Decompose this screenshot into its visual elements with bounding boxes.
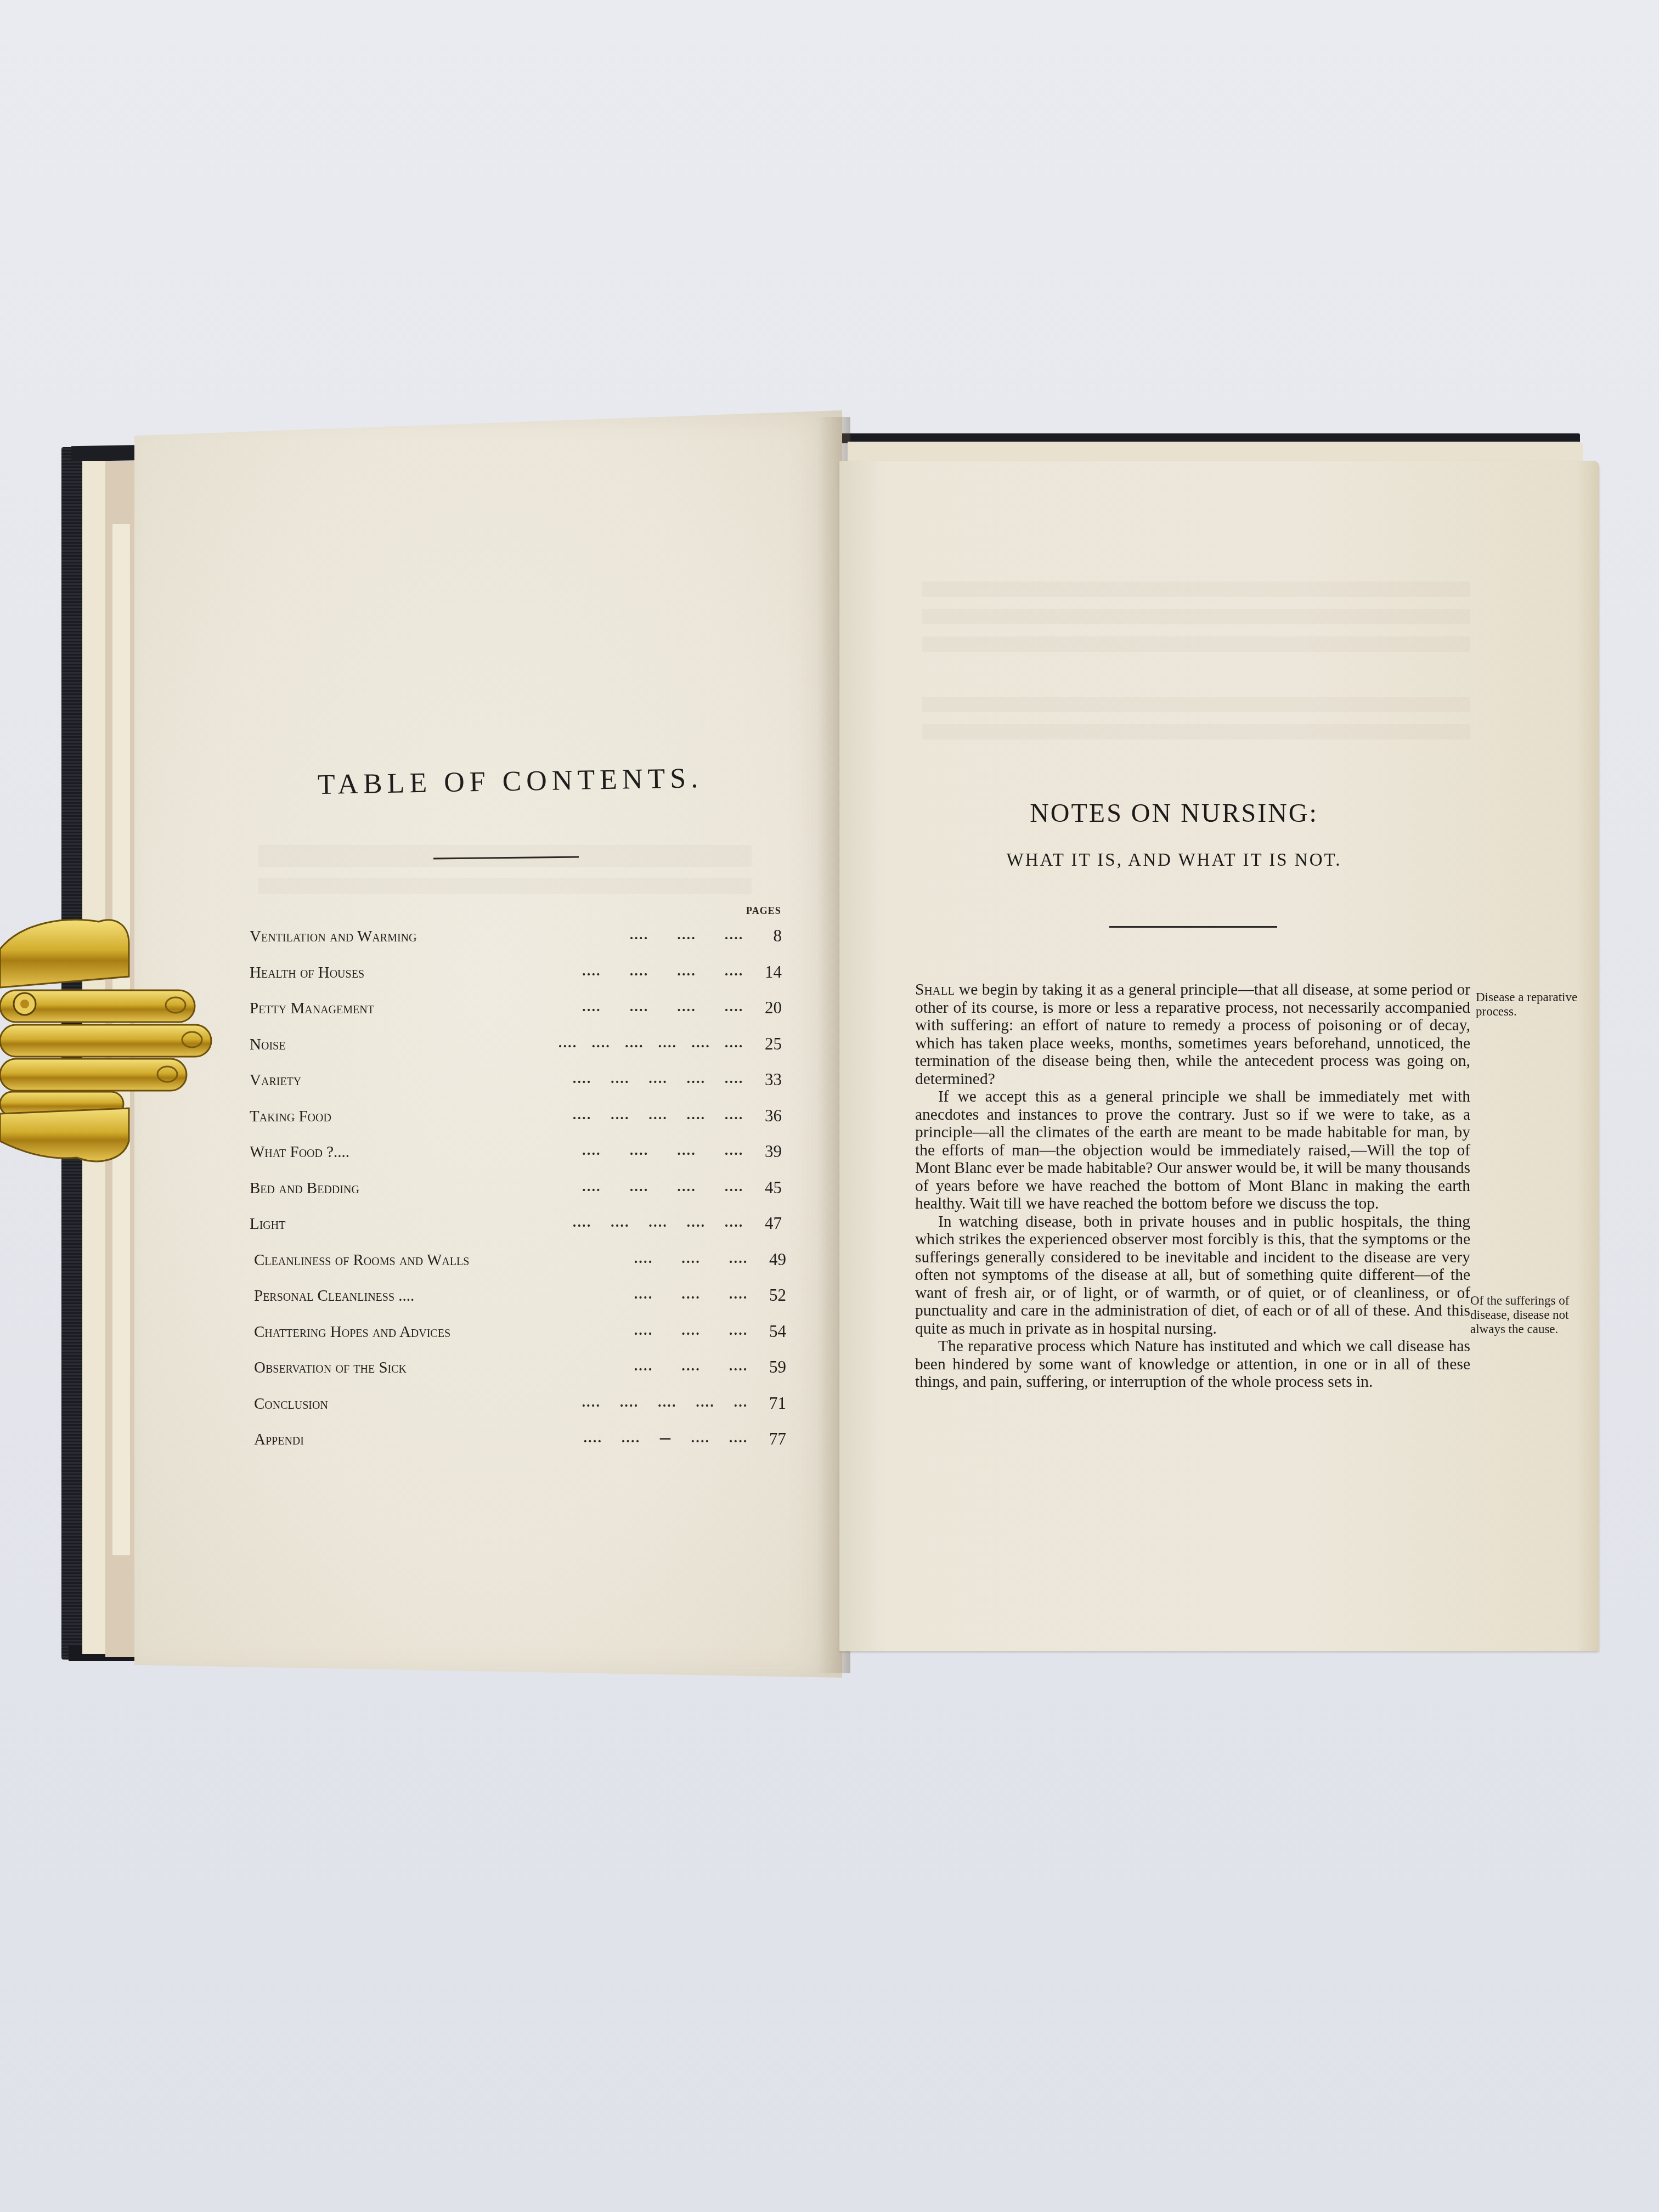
toc-entry-label: Petty Management — [250, 1000, 374, 1018]
toc-dot-leader: .... .... .... — [472, 1324, 748, 1338]
toc-dot-leader: .... .... .... — [436, 1288, 748, 1302]
toc-dot-leader: .... .... .... .... .... — [354, 1108, 743, 1122]
toc-entry-page-number: 20 — [754, 998, 782, 1018]
toc-entry-page-number: 59 — [759, 1357, 786, 1377]
bleed-through-text — [922, 582, 1470, 597]
brass-hand-clip-icon[interactable] — [0, 883, 214, 1169]
toc-entry-page-number: 47 — [754, 1214, 782, 1233]
paragraph-text: If we accept this as a general principle… — [915, 1088, 1470, 1212]
toc-entry-label: Observation of the Sick — [254, 1359, 407, 1377]
paragraph-text: In watching disease, both in private hou… — [915, 1213, 1470, 1338]
chapter-subtitle: WHAT IT IS, AND WHAT IT IS NOT. — [966, 850, 1383, 871]
toc-entry[interactable]: Variety.... .... .... .... ....33 — [250, 1065, 779, 1090]
toc-entry-label: Noise — [250, 1036, 285, 1054]
toc-entry-page-number: 36 — [754, 1106, 782, 1126]
toc-entry-label: Ventilation and Warming — [250, 928, 416, 946]
paragraph-lead-word: Shall — [915, 981, 955, 998]
toc-dot-leader: .... .... .... — [428, 1359, 748, 1374]
toc-entry[interactable]: Petty Management.... .... .... ....20 — [250, 994, 779, 1018]
toc-entry-page-number: 8 — [754, 926, 782, 946]
toc-dot-leader: .... .... .... .... .... .... — [354, 1036, 743, 1051]
toc-dot-leader: .... .... .... .... ... — [358, 1396, 748, 1410]
toc-entry-label: Health of Houses — [250, 964, 364, 982]
toc-entry[interactable]: Ventilation and Warming.... .... ....8 — [250, 922, 779, 946]
toc-entry-page-number: 71 — [759, 1393, 786, 1413]
toc-entry-label: Chattering Hopes and Advices — [254, 1323, 450, 1341]
toc-entry-label: Variety — [250, 1071, 301, 1090]
toc-entry-label: What Food ?.... — [250, 1143, 349, 1161]
toc-entry-label: Bed and Bedding — [250, 1180, 359, 1198]
toc-dot-leader: .... .... .... .... — [396, 1000, 743, 1014]
toc-entry-label: Conclusion — [254, 1395, 328, 1413]
toc-entry[interactable]: Noise.... .... .... .... .... ....25 — [250, 1030, 779, 1054]
toc-entry[interactable]: Appendi.... .... — .... ....77 — [254, 1425, 783, 1449]
paragraph: In watching disease, both in private hou… — [915, 1213, 1470, 1338]
toc-entry-page-number: 45 — [754, 1178, 782, 1198]
toc-entry-page-number: 25 — [754, 1034, 782, 1054]
chapter-body: Shall we begin by taking it as a general… — [915, 981, 1470, 1391]
toc-dot-leader: .... .... .... — [438, 928, 743, 943]
toc-entry[interactable]: Health of Houses.... .... .... ....14 — [250, 958, 779, 982]
toc-entry-page-number: 54 — [759, 1322, 786, 1341]
margin-note: Disease a reparative process. — [1476, 990, 1585, 1019]
toc-dot-leader: .... .... — .... .... — [358, 1431, 748, 1446]
toc-entry[interactable]: Chattering Hopes and Advices.... .... ..… — [254, 1317, 783, 1341]
chapter-title-rule — [1109, 926, 1277, 928]
toc-dot-leader: .... .... .... .... — [371, 1144, 743, 1158]
paragraph-text: The reparative process which Nature has … — [915, 1338, 1470, 1391]
paragraph: If we accept this as a general principle… — [915, 1088, 1470, 1213]
toc-entry[interactable]: Light.... .... .... .... ....47 — [250, 1209, 779, 1233]
toc-entry[interactable]: Taking Food.... .... .... .... ....36 — [250, 1102, 779, 1126]
bleed-through-text — [922, 724, 1470, 740]
paragraph: The reparative process which Nature has … — [915, 1338, 1470, 1391]
toc-entry-page-number: 39 — [754, 1142, 782, 1161]
toc-entry-page-number: 14 — [754, 962, 782, 982]
toc-dot-leader: .... .... .... — [491, 1252, 748, 1266]
toc-entry[interactable]: Cleanliness of Rooms and Walls.... .... … — [254, 1245, 783, 1269]
toc-entry-page-number: 77 — [759, 1429, 786, 1449]
toc-entry-label: Appendi — [254, 1431, 304, 1449]
toc-entry[interactable]: Observation of the Sick.... .... ....59 — [254, 1353, 783, 1377]
bleed-through-text — [922, 697, 1470, 712]
bleed-through-text — [922, 636, 1470, 652]
chapter-title: NOTES ON NURSING: — [966, 798, 1383, 828]
toc-dot-leader: .... .... .... .... .... — [354, 1216, 743, 1230]
toc-entry-page-number: 52 — [759, 1285, 786, 1305]
paragraph-text: we begin by taking it as a general princ… — [915, 981, 1470, 1088]
toc-entry[interactable]: Personal Cleanliness ........ .... ....5… — [254, 1281, 783, 1305]
paragraph: Shall we begin by taking it as a general… — [915, 981, 1470, 1088]
bleed-through-text — [922, 609, 1470, 624]
bleed-through-text — [258, 845, 752, 867]
margin-note: Of the sufferings of disease, disease no… — [1470, 1294, 1580, 1336]
toc-entry[interactable]: Bed and Bedding.... .... .... ....45 — [250, 1173, 779, 1198]
toc-dot-leader: .... .... .... .... — [386, 964, 743, 979]
toc-pages-header: PAGES — [746, 905, 781, 917]
toc-entry-page-number: 49 — [759, 1250, 786, 1269]
toc-entry-label: Cleanliness of Rooms and Walls — [254, 1251, 469, 1269]
toc-entry-label: Personal Cleanliness .... — [254, 1287, 414, 1305]
bleed-through-text — [258, 878, 752, 894]
toc-dot-leader: .... .... .... .... — [381, 1180, 743, 1194]
toc-entry-page-number: 33 — [754, 1070, 782, 1090]
toc-entry[interactable]: Conclusion.... .... .... .... ...71 — [254, 1389, 783, 1413]
toc-entry[interactable]: What Food ?........ .... .... ....39 — [250, 1137, 779, 1161]
toc-entry-label: Taking Food — [250, 1108, 331, 1126]
toc-dot-leader: .... .... .... .... .... — [354, 1072, 743, 1086]
toc-entry-label: Light — [250, 1215, 285, 1233]
